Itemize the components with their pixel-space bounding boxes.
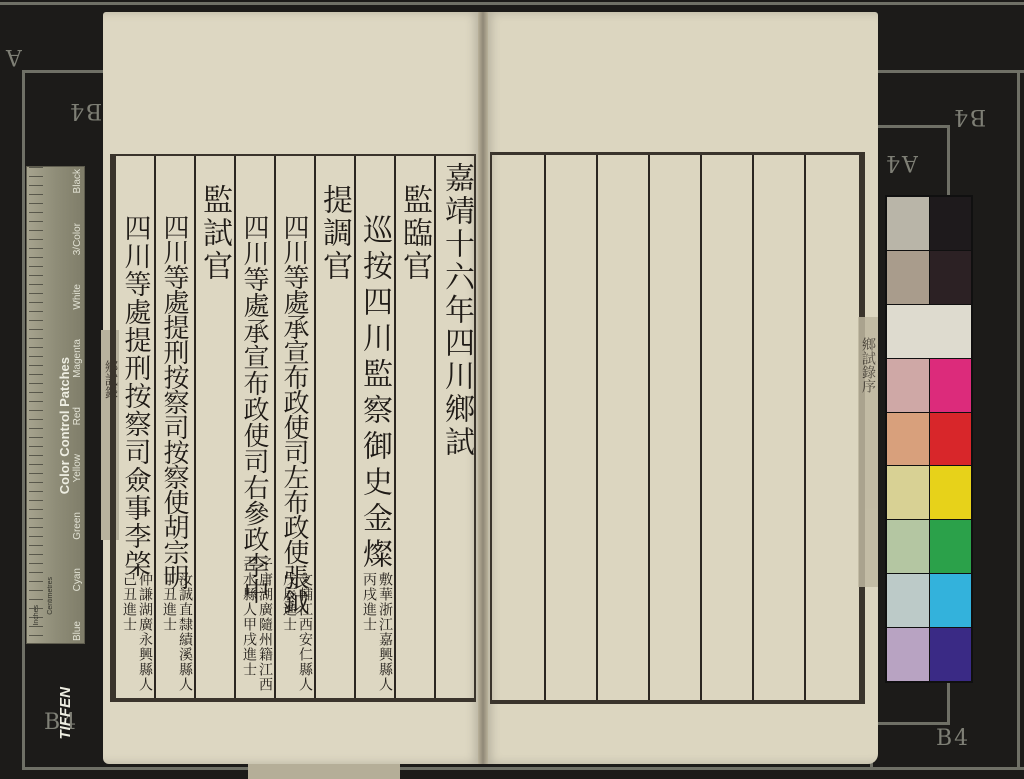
color-calibration-patches — [885, 195, 973, 683]
text-column: 監臨官 — [394, 156, 434, 698]
tiffen-color-name: Green — [72, 512, 83, 540]
tiffen-brand: TIFFEN — [57, 687, 74, 740]
mat-label-b4-top-left: B4 — [68, 98, 102, 123]
text-column: 嘉靖十六年四川鄉試 — [434, 156, 478, 698]
patch-yellow-pale — [887, 466, 929, 519]
bottom-paper-slip — [248, 764, 400, 779]
official-entry: 四川等處承宣布政使司右參政李中 — [241, 214, 267, 604]
text-column: 監試官 — [194, 156, 234, 698]
left-page-text-frame: 嘉靖十六年四川鄉試 監臨官 巡按四川監察御史金燦 敷華浙江嘉興縣人 丙戌進士 提… — [110, 154, 476, 702]
patch-lavender — [887, 628, 929, 681]
patch-dark-brown — [930, 251, 972, 304]
patch-green-pale — [887, 520, 929, 573]
section-heading: 提調官 — [319, 184, 349, 283]
patch-cyan — [930, 574, 972, 627]
section-heading: 監試官 — [199, 184, 229, 283]
official-note: 仲謙湖廣永興縣人 己丑進士 — [0, 572, 152, 692]
tiffen-color-name: Red — [72, 407, 83, 425]
patch-cyan-pale — [887, 574, 929, 627]
patch-gray-light — [887, 197, 929, 250]
mat-label-a: A — [4, 44, 22, 69]
patch-green — [930, 520, 972, 573]
tiffen-color-name: White — [72, 284, 83, 310]
tiffen-color-name: Magenta — [72, 339, 83, 378]
patch-black — [930, 197, 972, 250]
tiffen-color-name: Yellow — [72, 454, 83, 483]
section-heading: 監臨官 — [399, 184, 429, 283]
official-entry: 四川等處承宣布政使司左布政使張鉞 — [281, 214, 307, 614]
right-page-ruled-frame — [490, 152, 865, 704]
patch-purple — [930, 628, 972, 681]
exam-title: 嘉靖十六年四川鄉試 — [441, 162, 471, 459]
tiffen-title: Color Control Patches — [57, 357, 72, 494]
text-column: 巡按四川監察御史金燦 敷華浙江嘉興縣人 丙戌進士 — [354, 156, 394, 698]
text-column: 四川等處提刑按察司按察使胡宗明 汝誠直隸績溪縣人 丁丑進士 — [154, 156, 194, 698]
official-entry: 巡按四川監察御史金燦 — [359, 214, 389, 574]
text-column: 四川等處提刑按察司僉事李棨 仲謙湖廣永興縣人 己丑進士 — [116, 156, 154, 698]
tiffen-color-name: Black — [72, 169, 83, 193]
official-entry: 四川等處提刑按察司僉事李棨 — [122, 214, 149, 578]
tiffen-color-name: 3/Color — [72, 223, 83, 255]
mat-label-b4-bottom-right: B4 — [936, 726, 970, 751]
right-page-edge-tab: 鄉試錄序 — [858, 317, 878, 587]
patch-magenta — [930, 359, 972, 412]
patch-yellow — [930, 466, 972, 519]
official-entry: 四川等處提刑按察司按察使胡宗明 — [161, 214, 187, 589]
mat-label-a4: A4 — [884, 150, 918, 175]
patch-orange-pale — [887, 413, 929, 466]
book-spine — [478, 12, 488, 764]
text-column: 四川等處承宣布政使司右參政李中 子庸湖廣隨州籍江西 吉水縣人甲戌進士 — [234, 156, 274, 698]
patch-white — [887, 305, 971, 358]
guide-line-top — [0, 2, 1024, 5]
text-column: 提調官 — [314, 156, 354, 698]
patch-red — [930, 413, 972, 466]
text-column: 四川等處承宣布政使司左布政使張鉞 文輔江西安仁縣人 戊辰進士 — [274, 156, 314, 698]
open-book: 鄉試錄 嘉靖十六年四川鄉試 監臨官 巡按四川監察御史金燦 敷華浙江嘉興縣人 丙戌… — [100, 12, 882, 764]
mat-label-b4-top-right: B4 — [952, 104, 986, 129]
patch-tan — [887, 251, 929, 304]
patch-pink-pale — [887, 359, 929, 412]
